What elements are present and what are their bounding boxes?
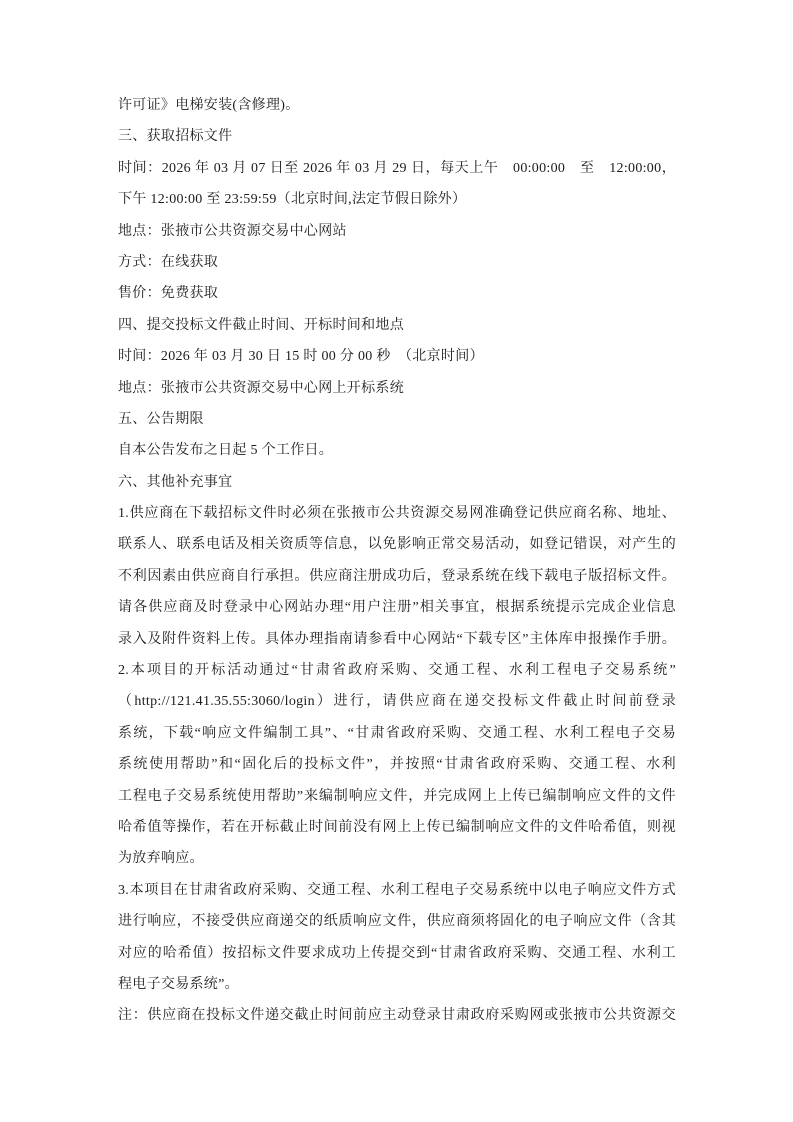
section-heading-line: 三、获取招标文件 <box>118 121 676 152</box>
section-heading-line: 五、公告期限 <box>118 404 676 435</box>
text-line: 注：供应商在投标文件递交截止时间前应主动登录甘肃政府采购网或张掖市公共资源交 <box>118 1000 676 1031</box>
text-line: 系统，下载“响应文件编制工具”、“甘肃省政府采购、交通工程、水利工程电子交易 <box>118 718 676 749</box>
text-line: 为放弃响应。 <box>118 843 676 874</box>
text-line: 地点：张掖市公共资源交易中心网上开标系统 <box>118 373 676 404</box>
section-heading-line: 六、其他补充事宜 <box>118 467 676 498</box>
text-line: 许可证》电梯安装(含修理)。 <box>118 90 676 121</box>
text-line: 不利因素由供应商自行承担。供应商注册成功后，登录系统在线下载电子版招标文件。 <box>118 561 676 592</box>
text-line: 地点：张掖市公共资源交易中心网站 <box>118 216 676 247</box>
announcement-text-block: 许可证》电梯安装(含修理)。三、获取招标文件时间：2026 年 03 月 07 … <box>118 90 676 1032</box>
text-line: 自本公告发布之日起 5 个工作日。 <box>118 435 676 466</box>
text-line: 售价：免费获取 <box>118 278 676 309</box>
text-line: 3.本项目在甘肃省政府采购、交通工程、水利工程电子交易系统中以电子响应文件方式 <box>118 875 676 906</box>
text-line: 哈希值等操作，若在开标截止时间前没有网上上传已编制响应文件的文件哈希值，则视 <box>118 812 676 843</box>
text-line: 下午 12:00:00 至 23:59:59（北京时间,法定节假日除外） <box>118 184 676 215</box>
text-line: 工程电子交易系统使用帮助”来编制响应文件，并完成网上上传已编制响应文件的文件 <box>118 781 676 812</box>
text-line: 时间：2026 年 03 月 30 日 15 时 00 分 00 秒 （北京时间… <box>118 341 676 372</box>
text-line: 系统使用帮助”和“固化后的投标文件”，并按照“甘肃省政府采购、交通工程、水利 <box>118 749 676 780</box>
text-line: 联系人、联系电话及相关资质等信息，以免影响正常交易活动，如登记错误，对产生的 <box>118 529 676 560</box>
text-line: （http://121.41.35.55:3060/login）进行，请供应商在… <box>118 686 676 717</box>
text-line: 进行响应，不接受供应商递交的纸质响应文件，供应商须将固化的电子响应文件（含其 <box>118 906 676 937</box>
text-line: 1.供应商在下载招标文件时必须在张掖市公共资源交易网准确登记供应商名称、地址、 <box>118 498 676 529</box>
text-line: 程电子交易系统”。 <box>118 969 676 1000</box>
text-line: 方式：在线获取 <box>118 247 676 278</box>
text-line: 录入及附件资料上传。具体办理指南请参看中心网站“下载专区”主体库申报操作手册。 <box>118 624 676 655</box>
text-line: 2.本项目的开标活动通过“甘肃省政府采购、交通工程、水利工程电子交易系统” <box>118 655 676 686</box>
text-line: 请各供应商及时登录中心网站办理“用户注册”相关事宜，根据系统提示完成企业信息 <box>118 592 676 623</box>
section-heading-line: 四、提交投标文件截止时间、开标时间和地点 <box>118 310 676 341</box>
text-line: 时间：2026 年 03 月 07 日至 2026 年 03 月 29 日，每天… <box>118 153 676 184</box>
document-page: 许可证》电梯安装(含修理)。三、获取招标文件时间：2026 年 03 月 07 … <box>0 0 793 1122</box>
text-line: 对应的哈希值）按招标文件要求成功上传提交到“甘肃省政府采购、交通工程、水利工 <box>118 938 676 969</box>
